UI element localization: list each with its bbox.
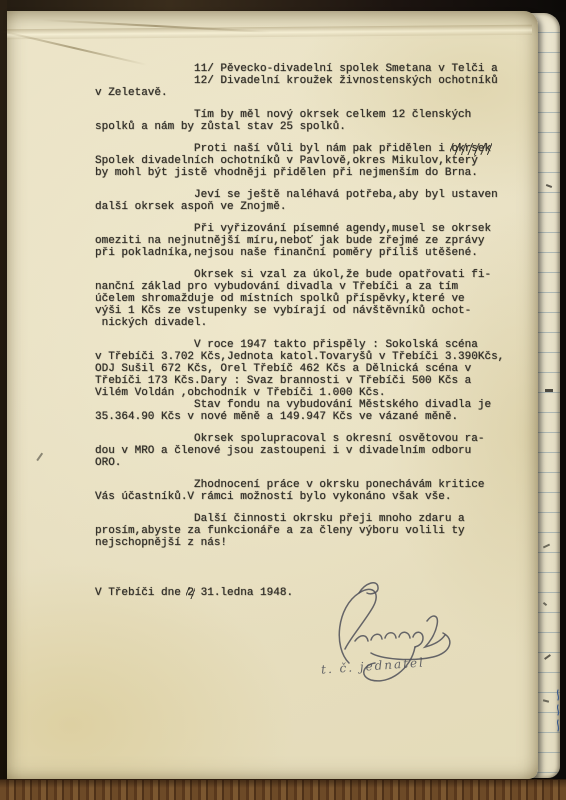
para-1947-contributions: V roce 1947 takto přispěly : Sokolská sc… [95, 339, 547, 423]
para-work-evaluation: Zhodnocení práce v okrsku ponechávám kri… [95, 479, 547, 503]
para-cooperation: Okrsek spolupracoval s okresní osvětovou… [95, 433, 547, 469]
date-text: V Třebíči dne [95, 587, 187, 599]
para-theatre-fund-task: Okrsek si vzal za úkol,že bude opatřovat… [95, 269, 547, 329]
wooden-table-edge [0, 779, 566, 800]
para-closing-wish: Další činnosti okrsku přeji mnoho zdaru … [95, 513, 547, 549]
para-text: Proti naší vůli byl nám pak přidělen i [95, 143, 451, 155]
typewritten-text-block: 11/ Pěvecko-divadelní spolek Smetana v T… [95, 63, 547, 609]
struck-digit: 2 [187, 587, 194, 599]
pencil-mark [545, 389, 553, 392]
para-district-total: Tím by měl nový okrsek celkem 12 členský… [95, 109, 547, 133]
typewritten-page: 11/ Pěvecko-divadelní spolek Smetana v T… [7, 11, 538, 779]
para-text: Spolek divadelních ochotníků v Pavlově,o… [95, 155, 478, 179]
struck-word: okrsek [451, 143, 491, 155]
pencil-signature-icon [315, 577, 500, 707]
para-assigned-against-will: Proti naší vůli byl nám pak přidělen i o… [95, 143, 547, 179]
list-theatre-groups: 11/ Pěvecko-divadelní spolek Smetana v T… [95, 63, 547, 99]
date-text: 31.ledna 1948. [194, 587, 293, 599]
margin-ink-mark [555, 688, 561, 734]
para-agenda-finances: Při vyřizování písemné agendy,musel se o… [95, 223, 547, 259]
scanner-background-left [0, 0, 7, 782]
pencil-mark [36, 453, 42, 461]
scanned-document: 11/ Pěvecko-divadelní spolek Smetana v T… [0, 0, 566, 800]
para-znojmo-need: Jeví se ještě naléhavá potřeba,aby byl u… [95, 189, 547, 213]
handwritten-signature: t. č. jednatel [315, 577, 500, 707]
